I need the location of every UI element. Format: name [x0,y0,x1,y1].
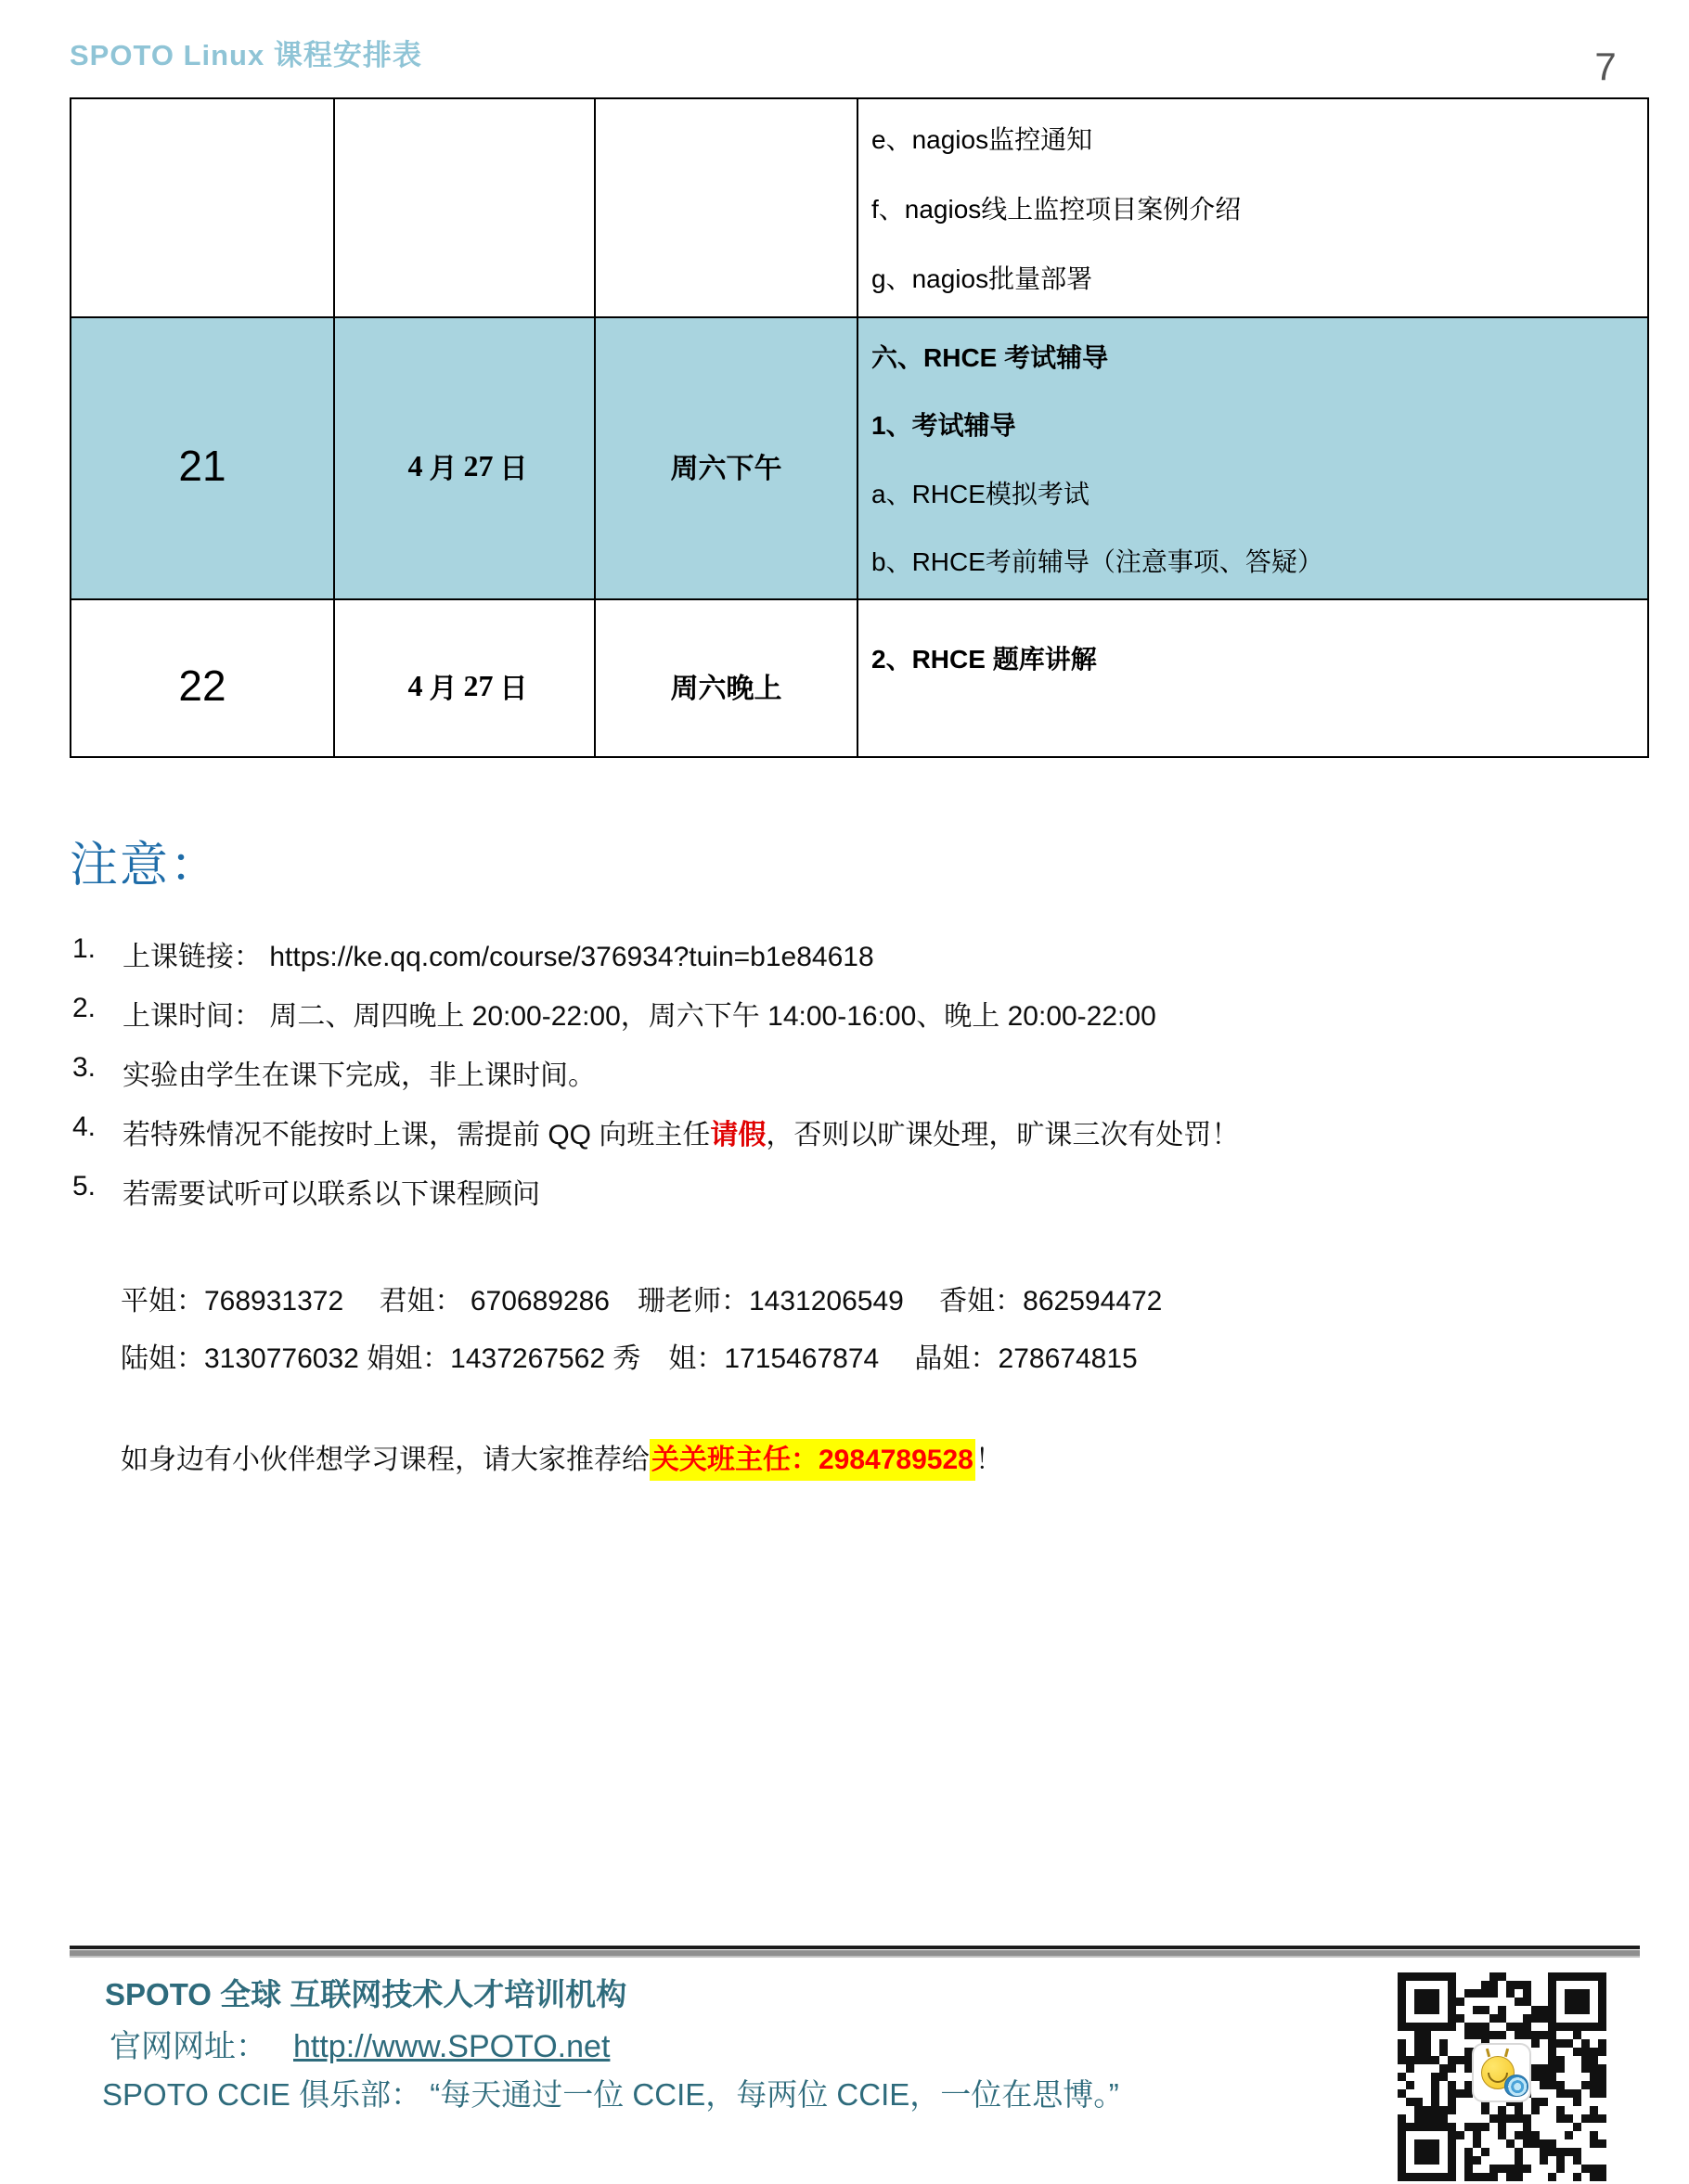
table-row-continued: e、nagios监控通知 f、nagios线上监控项目案例介绍 g、nagios… [71,98,1648,317]
content-line: g、nagios批量部署 [871,259,1638,296]
footer-website: 官网网址：http://www.SPOTO.net [110,2021,610,2066]
content-line: e、nagios监控通知 [871,120,1638,157]
table-row-21: 21 4月27日 周六下午 六、RHCE 考试辅导 1、考试辅导 a、RHCE模… [71,317,1648,599]
snail-antenna [1504,2049,1509,2057]
footer-website-link[interactable]: http://www.SPOTO.net [293,2029,610,2064]
list-item-number: 4. [72,1111,122,1143]
cell-time: 周六下午 [595,317,857,599]
list-item-number: 3. [72,1052,122,1084]
cell-date [334,98,595,317]
content-line: a、RHCE模拟考试 [871,474,1638,511]
list-item: 5. 若需要试听可以联系以下课程顾问 [72,1171,1604,1230]
snail-antenna [1486,2049,1490,2057]
referral-highlight: 关关班主任：2984789528 [650,1439,975,1481]
list-item-text: 实验由学生在课下完成，非上课时间。 [122,1052,596,1093]
cell-lesson-num: 21 [71,317,334,599]
schedule-table: e、nagios监控通知 f、nagios线上监控项目案例介绍 g、nagios… [70,97,1649,758]
referral-note: 如身边有小伙伴想学习课程，请大家推荐给关关班主任：2984789528！ [121,1436,1513,1477]
contacts-line: 平姐：768931372 君姐： 670689286 珊老师：143120654… [121,1273,1513,1330]
cell-date: 4月27日 [334,599,595,757]
cell-content: e、nagios监控通知 f、nagios线上监控项目案例介绍 g、nagios… [857,98,1648,317]
content-line: f、nagios线上监控项目案例介绍 [871,189,1638,226]
consultant-contacts: 平姐：768931372 君姐： 670689286 珊老师：143120654… [121,1273,1513,1388]
content-line: b、RHCE考前辅导（注意事项、答疑） [871,542,1638,579]
list-item: 4. 若特殊情况不能按时上课，需提前 QQ 向班主任请假，否则以旷课处理，旷课三… [72,1111,1604,1171]
list-item: 2. 上课时间： 周二、周四晚上 20:00-22:00，周六下午 14:00-… [72,993,1604,1052]
content-line: 1、考试辅导 [871,405,1638,443]
list-item-number: 1. [72,933,122,965]
qr-code [1398,1972,1606,2184]
cell-time: 周六晚上 [595,599,857,757]
notice-list: 1. 上课链接： https://ke.qq.com/course/376934… [72,933,1604,1230]
table-row-22: 22 4月27日 周六晚上 2、RHCE 题库讲解 [71,599,1648,757]
list-item-number: 5. [72,1171,122,1202]
cell-date: 4月27日 [334,317,595,599]
list-item-text: 上课链接： https://ke.qq.com/course/376934?tu… [122,933,874,974]
footer-website-label: 官网网址： [110,2029,267,2064]
doc-title: SPOTO Linux 课程安排表 [70,32,422,73]
list-item-number: 2. [72,993,122,1024]
content-line: 六、RHCE 考试辅导 [871,338,1638,375]
list-item-text: 若需要试听可以联系以下课程顾问 [122,1171,540,1212]
list-item: 3. 实验由学生在课下完成，非上课时间。 [72,1052,1604,1111]
snail-shell [1504,2075,1528,2097]
footer-divider [70,1946,1640,1958]
content-line: 2、RHCE 题库讲解 [871,639,1638,676]
footer-org-name: SPOTO 全球 互联网技术人才培训机构 [105,1971,626,2014]
cell-content: 2、RHCE 题库讲解 [857,599,1648,757]
cell-lesson-num [71,98,334,317]
snail-logo [1472,2043,1531,2102]
notice-heading: 注意： [70,826,220,895]
list-item: 1. 上课链接： https://ke.qq.com/course/376934… [72,933,1604,993]
document-page: SPOTO Linux 课程安排表 7 e、nagios监控通知 f、nagio… [0,0,1689,2184]
list-item-text: 若特殊情况不能按时上课，需提前 QQ 向班主任请假，否则以旷课处理，旷课三次有处… [122,1111,1239,1152]
leave-request-emphasis: 请假 [710,1120,766,1150]
page-number: 7 [1578,45,1633,89]
footer-club-slogan: SPOTO CCIE 俱乐部： “每天通过一位 CCIE，每两位 CCIE，一位… [102,2071,1119,2114]
list-item-text: 上课时间： 周二、周四晚上 20:00-22:00，周六下午 14:00-16:… [122,993,1156,1034]
cell-lesson-num: 22 [71,599,334,757]
course-link[interactable]: https://ke.qq.com/course/376934?tuin=b1e… [269,942,873,972]
contacts-line: 陆姐：3130776032 娟姐：1437267562 秀 姐：17154678… [121,1330,1513,1388]
cell-time [595,98,857,317]
cell-content: 六、RHCE 考试辅导 1、考试辅导 a、RHCE模拟考试 b、RHCE考前辅导… [857,317,1648,599]
